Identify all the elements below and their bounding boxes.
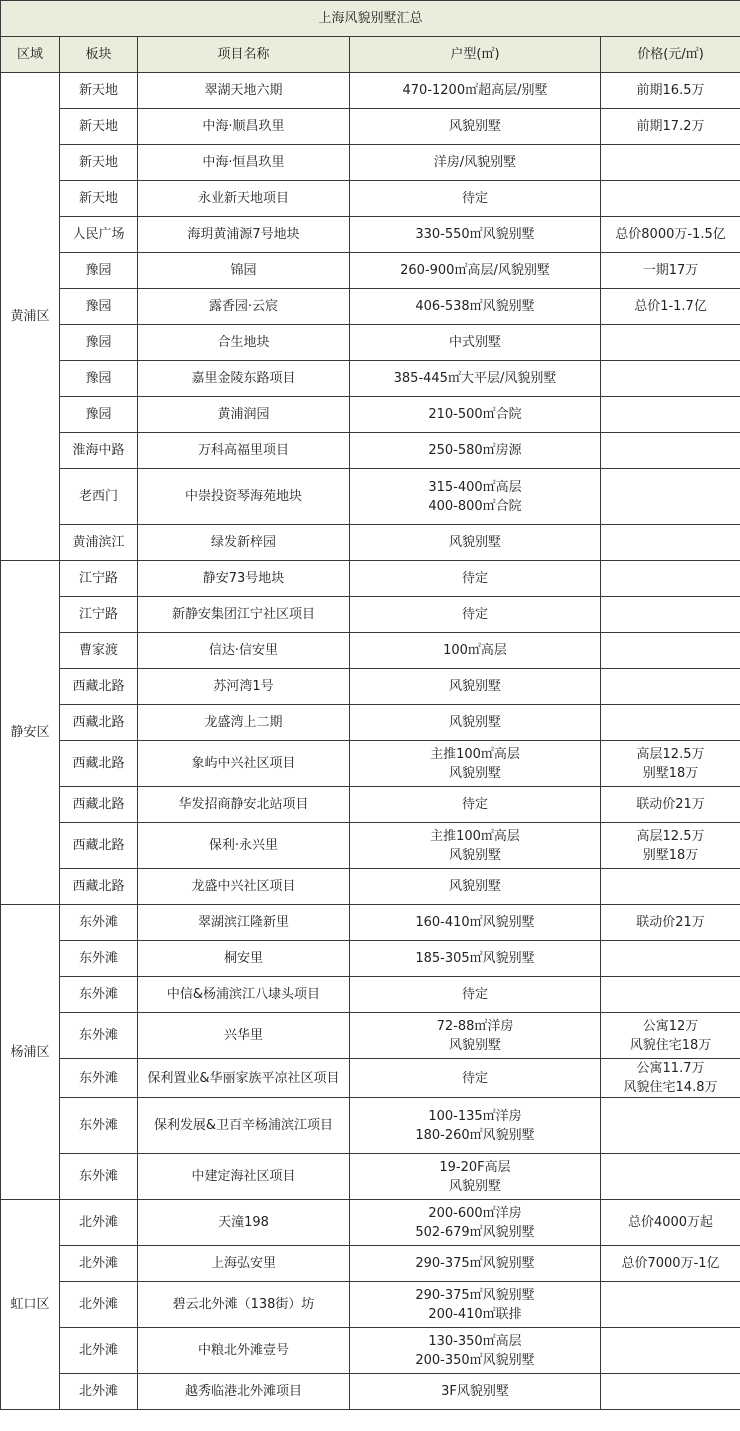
type-cell: 315-400㎡高层400-800㎡合院 (350, 469, 601, 525)
type-cell: 406-538㎡风貌别墅 (350, 289, 601, 325)
project-cell: 万科高福里项目 (138, 433, 350, 469)
area-cell: 人民广场 (60, 217, 138, 253)
table-row: 静安区江宁路静安73号地块待定 (1, 561, 740, 597)
project-cell: 露香园·云宸 (138, 289, 350, 325)
project-cell: 象屿中兴社区项目 (138, 741, 350, 787)
area-cell: 老西门 (60, 469, 138, 525)
project-cell: 绿发新梓园 (138, 525, 350, 561)
type-cell: 200-600㎡洋房502-679㎡风貌别墅 (350, 1200, 601, 1246)
area-cell: 东外滩 (60, 905, 138, 941)
price-cell: 高层12.5万别墅18万 (601, 823, 740, 869)
project-cell: 静安73号地块 (138, 561, 350, 597)
price-cell (601, 669, 740, 705)
table-row: 豫园黄浦润园210-500㎡合院 (1, 397, 740, 433)
area-cell: 西藏北路 (60, 823, 138, 869)
table-row: 老西门中崇投资琴海苑地块315-400㎡高层400-800㎡合院 (1, 469, 740, 525)
table-row: 豫园锦园260-900㎡高层/风貌别墅一期17万 (1, 253, 740, 289)
price-cell (601, 633, 740, 669)
table-row: 东外滩中信&杨浦滨江八埭头项目待定 (1, 977, 740, 1013)
area-cell: 西藏北路 (60, 869, 138, 905)
table-row: 北外滩越秀临港北外滩项目3F风貌别墅 (1, 1374, 740, 1410)
project-cell: 翠湖滨江隆新里 (138, 905, 350, 941)
table-row: 北外滩中粮北外滩壹号130-350㎡高层200-350㎡风貌别墅 (1, 1328, 740, 1374)
area-cell: 北外滩 (60, 1328, 138, 1374)
header-project: 项目名称 (138, 37, 350, 73)
area-cell: 淮海中路 (60, 433, 138, 469)
area-cell: 豫园 (60, 361, 138, 397)
project-cell: 兴华里 (138, 1013, 350, 1059)
type-cell: 470-1200㎡超高层/别墅 (350, 73, 601, 109)
area-cell: 豫园 (60, 397, 138, 433)
project-cell: 永业新天地项目 (138, 181, 350, 217)
area-cell: 北外滩 (60, 1246, 138, 1282)
project-cell: 海玥黄浦源7号地块 (138, 217, 350, 253)
price-cell (601, 561, 740, 597)
area-cell: 豫园 (60, 325, 138, 361)
project-cell: 保利置业&华丽家族平凉社区项目 (138, 1059, 350, 1098)
area-cell: 北外滩 (60, 1200, 138, 1246)
area-cell: 东外滩 (60, 941, 138, 977)
price-cell (601, 1098, 740, 1154)
table-row: 西藏北路苏河湾1号风貌别墅 (1, 669, 740, 705)
table-row: 东外滩保利发展&卫百辛杨浦滨江项目100-135㎡洋房180-260㎡风貌别墅 (1, 1098, 740, 1154)
table-row: 西藏北路象屿中兴社区项目主推100㎡高层风貌别墅高层12.5万别墅18万 (1, 741, 740, 787)
project-cell: 上海弘安里 (138, 1246, 350, 1282)
area-cell: 豫园 (60, 289, 138, 325)
table-row: 东外滩兴华里72-88㎡洋房风貌别墅公寓12万风貌住宅18万 (1, 1013, 740, 1059)
project-cell: 锦园 (138, 253, 350, 289)
type-cell: 260-900㎡高层/风貌别墅 (350, 253, 601, 289)
price-cell: 公寓12万风貌住宅18万 (601, 1013, 740, 1059)
price-cell: 联动价21万 (601, 787, 740, 823)
project-cell: 合生地块 (138, 325, 350, 361)
district-cell: 杨浦区 (1, 905, 60, 1200)
price-cell (601, 941, 740, 977)
project-cell: 嘉里金陵东路项目 (138, 361, 350, 397)
type-cell: 160-410㎡风貌别墅 (350, 905, 601, 941)
type-cell: 中式别墅 (350, 325, 601, 361)
project-cell: 保利发展&卫百辛杨浦滨江项目 (138, 1098, 350, 1154)
project-cell: 翠湖天地六期 (138, 73, 350, 109)
villa-summary-table: 上海风貌别墅汇总 区域 板块 项目名称 户型(㎡) 价格(元/㎡) 黄浦区新天地… (0, 0, 740, 1410)
area-cell: 东外滩 (60, 1154, 138, 1200)
type-cell: 洋房/风貌别墅 (350, 145, 601, 181)
project-cell: 苏河湾1号 (138, 669, 350, 705)
price-cell (601, 525, 740, 561)
type-cell: 待定 (350, 181, 601, 217)
price-cell (601, 1154, 740, 1200)
area-cell: 东外滩 (60, 1059, 138, 1098)
table-row: 东外滩保利置业&华丽家族平凉社区项目待定公寓11.7万风貌住宅14.8万 (1, 1059, 740, 1098)
header-price: 价格(元/㎡) (601, 37, 740, 73)
district-cell: 静安区 (1, 561, 60, 905)
table-row: 淮海中路万科高福里项目250-580㎡房源 (1, 433, 740, 469)
table-row: 黄浦区新天地翠湖天地六期470-1200㎡超高层/别墅前期16.5万 (1, 73, 740, 109)
project-cell: 中海·恒昌玖里 (138, 145, 350, 181)
table-row: 豫园合生地块中式别墅 (1, 325, 740, 361)
area-cell: 江宁路 (60, 561, 138, 597)
type-cell: 250-580㎡房源 (350, 433, 601, 469)
type-cell: 330-550㎡风貌别墅 (350, 217, 601, 253)
type-cell: 100㎡高层 (350, 633, 601, 669)
price-cell: 一期17万 (601, 253, 740, 289)
project-cell: 中粮北外滩壹号 (138, 1328, 350, 1374)
project-cell: 黄浦润园 (138, 397, 350, 433)
project-cell: 碧云北外滩（138街）坊 (138, 1282, 350, 1328)
area-cell: 西藏北路 (60, 741, 138, 787)
type-cell: 130-350㎡高层200-350㎡风貌别墅 (350, 1328, 601, 1374)
type-cell: 210-500㎡合院 (350, 397, 601, 433)
price-cell: 前期17.2万 (601, 109, 740, 145)
price-cell: 总价7000万-1亿 (601, 1246, 740, 1282)
project-cell: 保利·永兴里 (138, 823, 350, 869)
table-row: 江宁路新静安集团江宁社区项目待定 (1, 597, 740, 633)
project-cell: 中信&杨浦滨江八埭头项目 (138, 977, 350, 1013)
price-cell: 高层12.5万别墅18万 (601, 741, 740, 787)
type-cell: 385-445㎡大平层/风貌别墅 (350, 361, 601, 397)
area-cell: 新天地 (60, 181, 138, 217)
area-cell: 曹家渡 (60, 633, 138, 669)
district-cell: 黄浦区 (1, 73, 60, 561)
area-cell: 东外滩 (60, 1098, 138, 1154)
project-cell: 中海·顺昌玖里 (138, 109, 350, 145)
price-cell (601, 597, 740, 633)
table-row: 东外滩桐安里185-305㎡风貌别墅 (1, 941, 740, 977)
type-cell: 风貌别墅 (350, 525, 601, 561)
type-cell: 风貌别墅 (350, 705, 601, 741)
price-cell (601, 977, 740, 1013)
area-cell: 豫园 (60, 253, 138, 289)
table-row: 西藏北路龙盛中兴社区项目风貌别墅 (1, 869, 740, 905)
header-type: 户型(㎡) (350, 37, 601, 73)
type-cell: 290-375㎡风貌别墅 (350, 1246, 601, 1282)
area-cell: 东外滩 (60, 977, 138, 1013)
area-cell: 江宁路 (60, 597, 138, 633)
area-cell: 西藏北路 (60, 669, 138, 705)
table-row: 西藏北路保利·永兴里主推100㎡高层风貌别墅高层12.5万别墅18万 (1, 823, 740, 869)
type-cell: 3F风貌别墅 (350, 1374, 601, 1410)
area-cell: 东外滩 (60, 1013, 138, 1059)
table-row: 虹口区北外滩天潼198200-600㎡洋房502-679㎡风貌别墅总价4000万… (1, 1200, 740, 1246)
price-cell (601, 397, 740, 433)
price-cell: 总价8000万-1.5亿 (601, 217, 740, 253)
table-row: 曹家渡信达·信安里100㎡高层 (1, 633, 740, 669)
project-cell: 龙盛中兴社区项目 (138, 869, 350, 905)
area-cell: 新天地 (60, 73, 138, 109)
area-cell: 西藏北路 (60, 705, 138, 741)
price-cell (601, 705, 740, 741)
table-row: 北外滩碧云北外滩（138街）坊290-375㎡风貌别墅200-410㎡联排 (1, 1282, 740, 1328)
price-cell (601, 361, 740, 397)
area-cell: 北外滩 (60, 1282, 138, 1328)
project-cell: 中建定海社区项目 (138, 1154, 350, 1200)
project-cell: 龙盛湾上二期 (138, 705, 350, 741)
table-row: 西藏北路华发招商静安北站项目待定联动价21万 (1, 787, 740, 823)
price-cell: 公寓11.7万风貌住宅14.8万 (601, 1059, 740, 1098)
project-cell: 桐安里 (138, 941, 350, 977)
table-row: 新天地中海·恒昌玖里洋房/风貌别墅 (1, 145, 740, 181)
type-cell: 72-88㎡洋房风貌别墅 (350, 1013, 601, 1059)
table-row: 杨浦区东外滩翠湖滨江隆新里160-410㎡风貌别墅联动价21万 (1, 905, 740, 941)
price-cell: 总价1-1.7亿 (601, 289, 740, 325)
type-cell: 待定 (350, 597, 601, 633)
header-area: 板块 (60, 37, 138, 73)
type-cell: 主推100㎡高层风貌别墅 (350, 741, 601, 787)
project-cell: 信达·信安里 (138, 633, 350, 669)
area-cell: 西藏北路 (60, 787, 138, 823)
price-cell (601, 469, 740, 525)
district-cell: 虹口区 (1, 1200, 60, 1410)
table-row: 豫园嘉里金陵东路项目385-445㎡大平层/风貌别墅 (1, 361, 740, 397)
table-row: 新天地永业新天地项目待定 (1, 181, 740, 217)
project-cell: 中崇投资琴海苑地块 (138, 469, 350, 525)
area-cell: 新天地 (60, 109, 138, 145)
price-cell: 联动价21万 (601, 905, 740, 941)
type-cell: 风貌别墅 (350, 109, 601, 145)
table-row: 人民广场海玥黄浦源7号地块330-550㎡风貌别墅总价8000万-1.5亿 (1, 217, 740, 253)
area-cell: 黄浦滨江 (60, 525, 138, 561)
table-row: 新天地中海·顺昌玖里风貌别墅前期17.2万 (1, 109, 740, 145)
price-cell (601, 869, 740, 905)
type-cell: 待定 (350, 561, 601, 597)
project-cell: 越秀临港北外滩项目 (138, 1374, 350, 1410)
type-cell: 待定 (350, 1059, 601, 1098)
table-row: 东外滩中建定海社区项目19-20F高层风貌别墅 (1, 1154, 740, 1200)
price-cell (601, 1328, 740, 1374)
type-cell: 185-305㎡风貌别墅 (350, 941, 601, 977)
type-cell: 290-375㎡风貌别墅200-410㎡联排 (350, 1282, 601, 1328)
price-cell: 总价4000万起 (601, 1200, 740, 1246)
price-cell: 前期16.5万 (601, 73, 740, 109)
price-cell (601, 181, 740, 217)
table-row: 西藏北路龙盛湾上二期风貌别墅 (1, 705, 740, 741)
type-cell: 100-135㎡洋房180-260㎡风貌别墅 (350, 1098, 601, 1154)
table-row: 豫园露香园·云宸406-538㎡风貌别墅总价1-1.7亿 (1, 289, 740, 325)
price-cell (601, 1374, 740, 1410)
project-cell: 新静安集团江宁社区项目 (138, 597, 350, 633)
header-district: 区域 (1, 37, 60, 73)
area-cell: 北外滩 (60, 1374, 138, 1410)
type-cell: 风貌别墅 (350, 869, 601, 905)
project-cell: 华发招商静安北站项目 (138, 787, 350, 823)
table-body: 黄浦区新天地翠湖天地六期470-1200㎡超高层/别墅前期16.5万新天地中海·… (1, 73, 740, 1410)
type-cell: 待定 (350, 977, 601, 1013)
price-cell (601, 325, 740, 361)
price-cell (601, 145, 740, 181)
area-cell: 新天地 (60, 145, 138, 181)
project-cell: 天潼198 (138, 1200, 350, 1246)
price-cell (601, 1282, 740, 1328)
type-cell: 风貌别墅 (350, 669, 601, 705)
type-cell: 待定 (350, 787, 601, 823)
price-cell (601, 433, 740, 469)
type-cell: 主推100㎡高层风貌别墅 (350, 823, 601, 869)
table-row: 黄浦滨江绿发新梓园风貌别墅 (1, 525, 740, 561)
type-cell: 19-20F高层风貌别墅 (350, 1154, 601, 1200)
table-row: 北外滩上海弘安里290-375㎡风貌别墅总价7000万-1亿 (1, 1246, 740, 1282)
table-title: 上海风貌别墅汇总 (1, 1, 740, 37)
